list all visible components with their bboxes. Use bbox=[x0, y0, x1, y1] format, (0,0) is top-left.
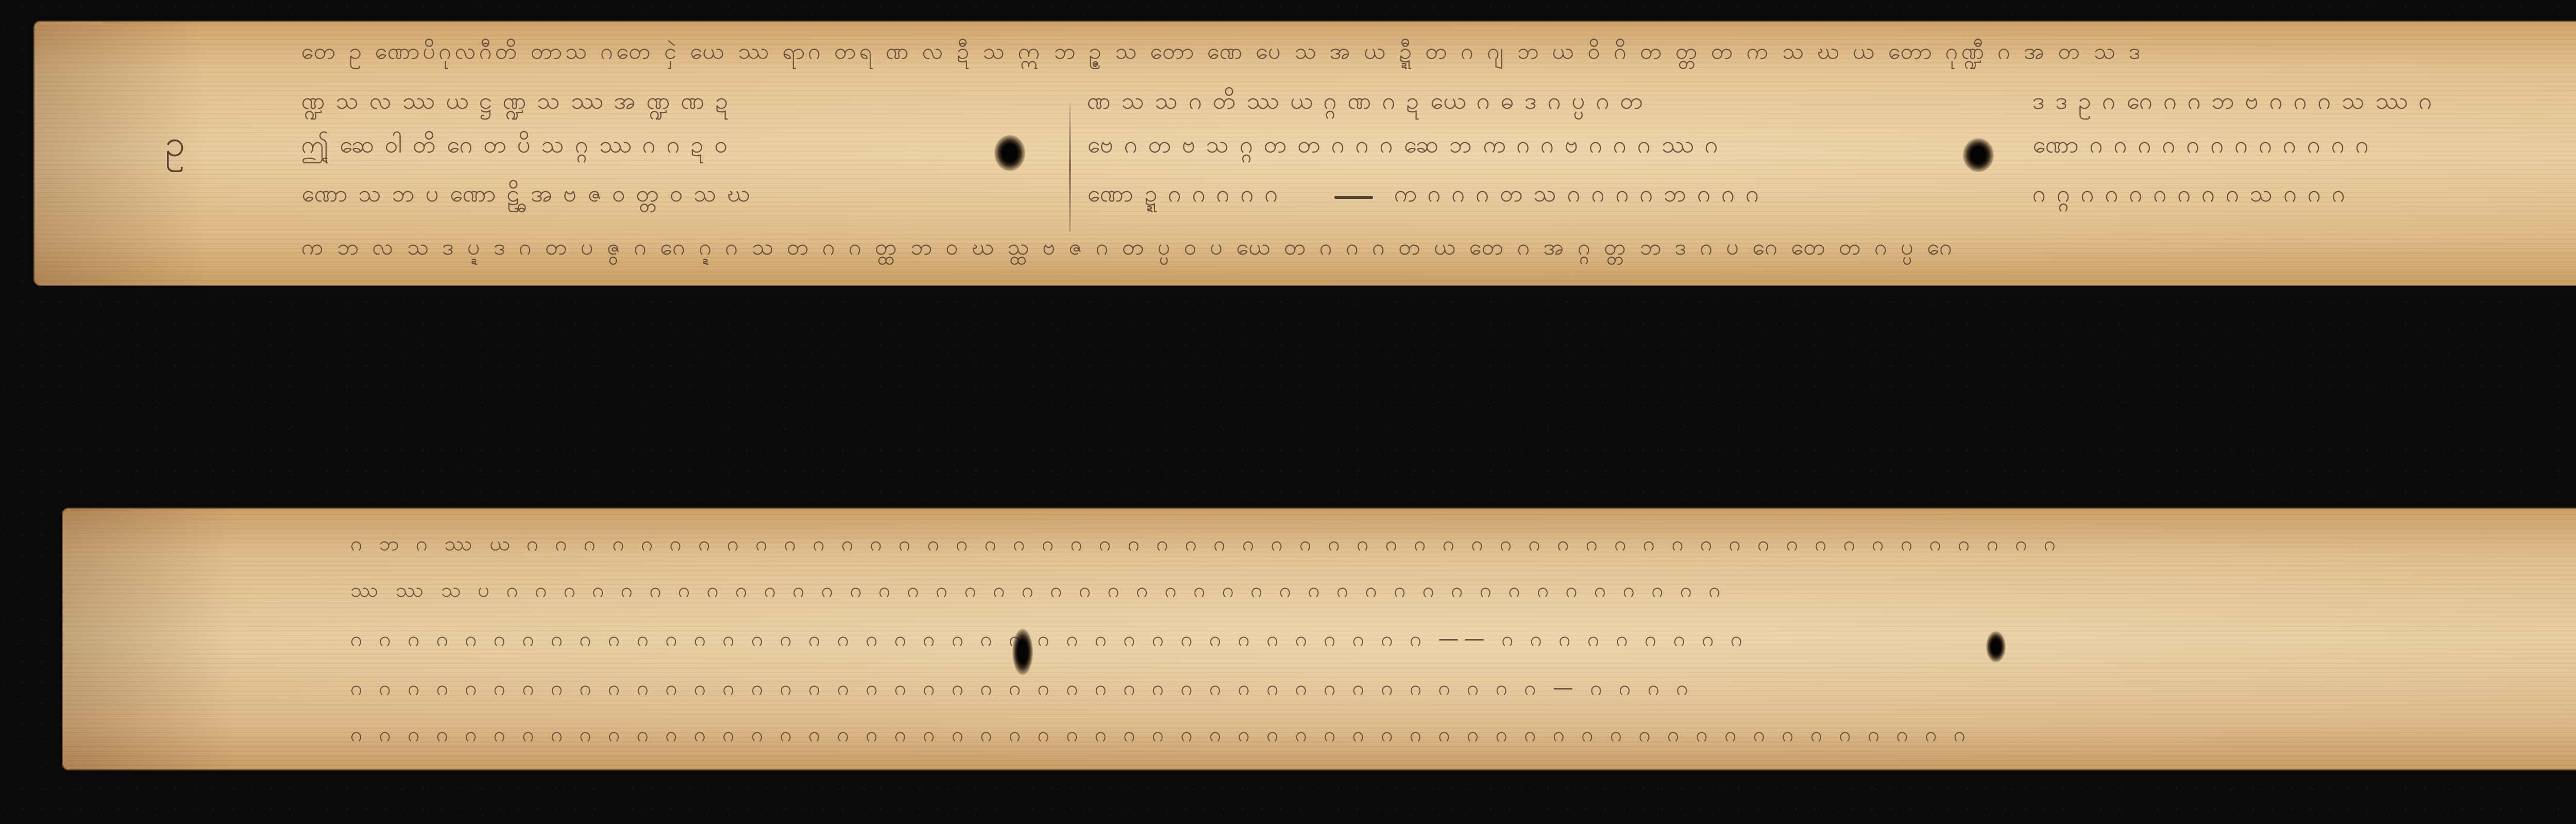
column-break-dash bbox=[1334, 196, 1373, 199]
leaf1-line-5: က ဘ လ သ ဒ ပ္ဍ ဒ ဂ တ ပ ဇွ ဂ ဂေ ဂ္ဍ ဂ သ တ … bbox=[301, 232, 1955, 263]
palm-leaf-1: ဥ တေ ဥ ဏောပိဂုလဂီတိ တာသ ဂတေ ငှဲ ယေ ဿ ရာဂ… bbox=[33, 21, 2576, 286]
leaf2-line-1: ဂ ဘ ဂ ဿ ယ ဂ ဂ ဂ ဂ ဂ ဂ ဂ ဂ ဂ ဂ ဂ ဂ ဂ ဂ ဂ … bbox=[350, 528, 2061, 559]
leaf1-col-b-line-3: ဗေ ဂ တ ဗ သ ဂ္ဂ တ တ ဂ ဂ ဂ ဆေ ဘ က ဂ ဂ ဗ ဂ … bbox=[1087, 129, 1720, 160]
leaf1-col-b-line-4: ဏော ဍ္ဍ ဂ ဂ ဂ ဂ ဂ bbox=[1087, 178, 1280, 209]
binding-hole-left bbox=[1012, 629, 1033, 675]
leaf2-line-5: ဂ ဂ ဂ ဂ ဂ ဂ ဂ ဂ ဂ ဂ ဂ ဂ ဂ ဂ ဂ ဂ ဂ ဂ ဂ ဂ … bbox=[350, 719, 1971, 750]
binding-hole-right bbox=[1986, 631, 2006, 662]
folio-marker: ဥ bbox=[165, 121, 185, 174]
leaf2-line-4: ဂ ဂ ဂ ဂ ဂ ဂ ဂ ဂ ဂ ဂ ဂ ဂ ဂ ဂ ဂ ဂ ဂ ဂ ဂ ဂ … bbox=[350, 672, 1693, 703]
leaf1-col-a-line-2: ဏ္ဍ သ လ ဿ ယ ဋ္ဌ ဏ္ဍ သ ဿ အ ဏ္ဍ ဏ ဍ bbox=[301, 85, 730, 116]
leaf1-col-c-line-4: ဂ ဂ္ဂ ဂ ဂ ဂ ဂ ဂ ဂ ဂ သ ဂ ဂ ဂ bbox=[2032, 178, 2347, 209]
scribal-vertical-mark bbox=[1069, 103, 1071, 232]
leaf1-col-c-line-3: ဏော ဂ ဂ ဂ ဂ ဂ ဂ ဂ ဂ ဂ ဂ ဂ ဂ bbox=[2032, 129, 2370, 160]
leaf2-line-2: ဿ ဿ သ ပ ဂ ဂ ဂ ဂ ဂ ဂ ဂ ဂ ဂ ဂ ဂ ဂ ဂ ဂ ဂ ဂ … bbox=[350, 575, 1725, 606]
leaf1-col-c-line-2: ဒ ဒ ဥ ဂ ဂေ ဂ ဂ ဘ ဗ ဂ ဂ ဂ သ ဿ ဂ bbox=[2032, 85, 2434, 116]
leaf1-col-b-line-2: ဏ သ သ ဂ တိ ဿ ယ ဂ္ဂ ဏ ဂ ဍ ယေ ဂ ဓ ဒ ဂ ပ္ပ … bbox=[1087, 85, 1645, 116]
leaf1-col-a-line-4: ဏော သ ဘ ပ ဏော ဠ္ဓိ အ ဗ ဇ ဝ တ္တ ဝ သ ဃ bbox=[301, 178, 752, 209]
binding-hole-right bbox=[1963, 138, 1994, 172]
leaf1-col-a-line-3: ဤ္ဋ ဆေ ဝါ တိ ဂေ တ ပိ သ ဂ္ဂ ဿ ဂ ဂ ဍ ၀ bbox=[301, 129, 730, 160]
leaf1-line-1: တေ ဥ ဏောပိဂုလဂီတိ တာသ ဂတေ ငှဲ ယေ ဿ ရာဂ တ… bbox=[301, 36, 2144, 67]
leaf1-col-b-line-4-cont: က ဂ ဂ ဂ တ သ ဂ ဂ ဂ ဂ ဘ ဂ ဂ ဂ bbox=[1394, 178, 1760, 209]
binding-hole-left bbox=[994, 135, 1025, 171]
leaf2-line-3: ဂ ဂ ဂ ဂ ဂ ဂ ဂ ဂ ဂ ဂ ဂ ဂ ဂ ဂ ဂ ဂ ဂ ဂ ဂ ဂ … bbox=[350, 624, 1748, 654]
palm-leaf-2: ဂ ဘ ဂ ဿ ယ ဂ ဂ ဂ ဂ ဂ ဂ ဂ ဂ ဂ ဂ ဂ ဂ ဂ ဂ ဂ … bbox=[62, 508, 2576, 770]
